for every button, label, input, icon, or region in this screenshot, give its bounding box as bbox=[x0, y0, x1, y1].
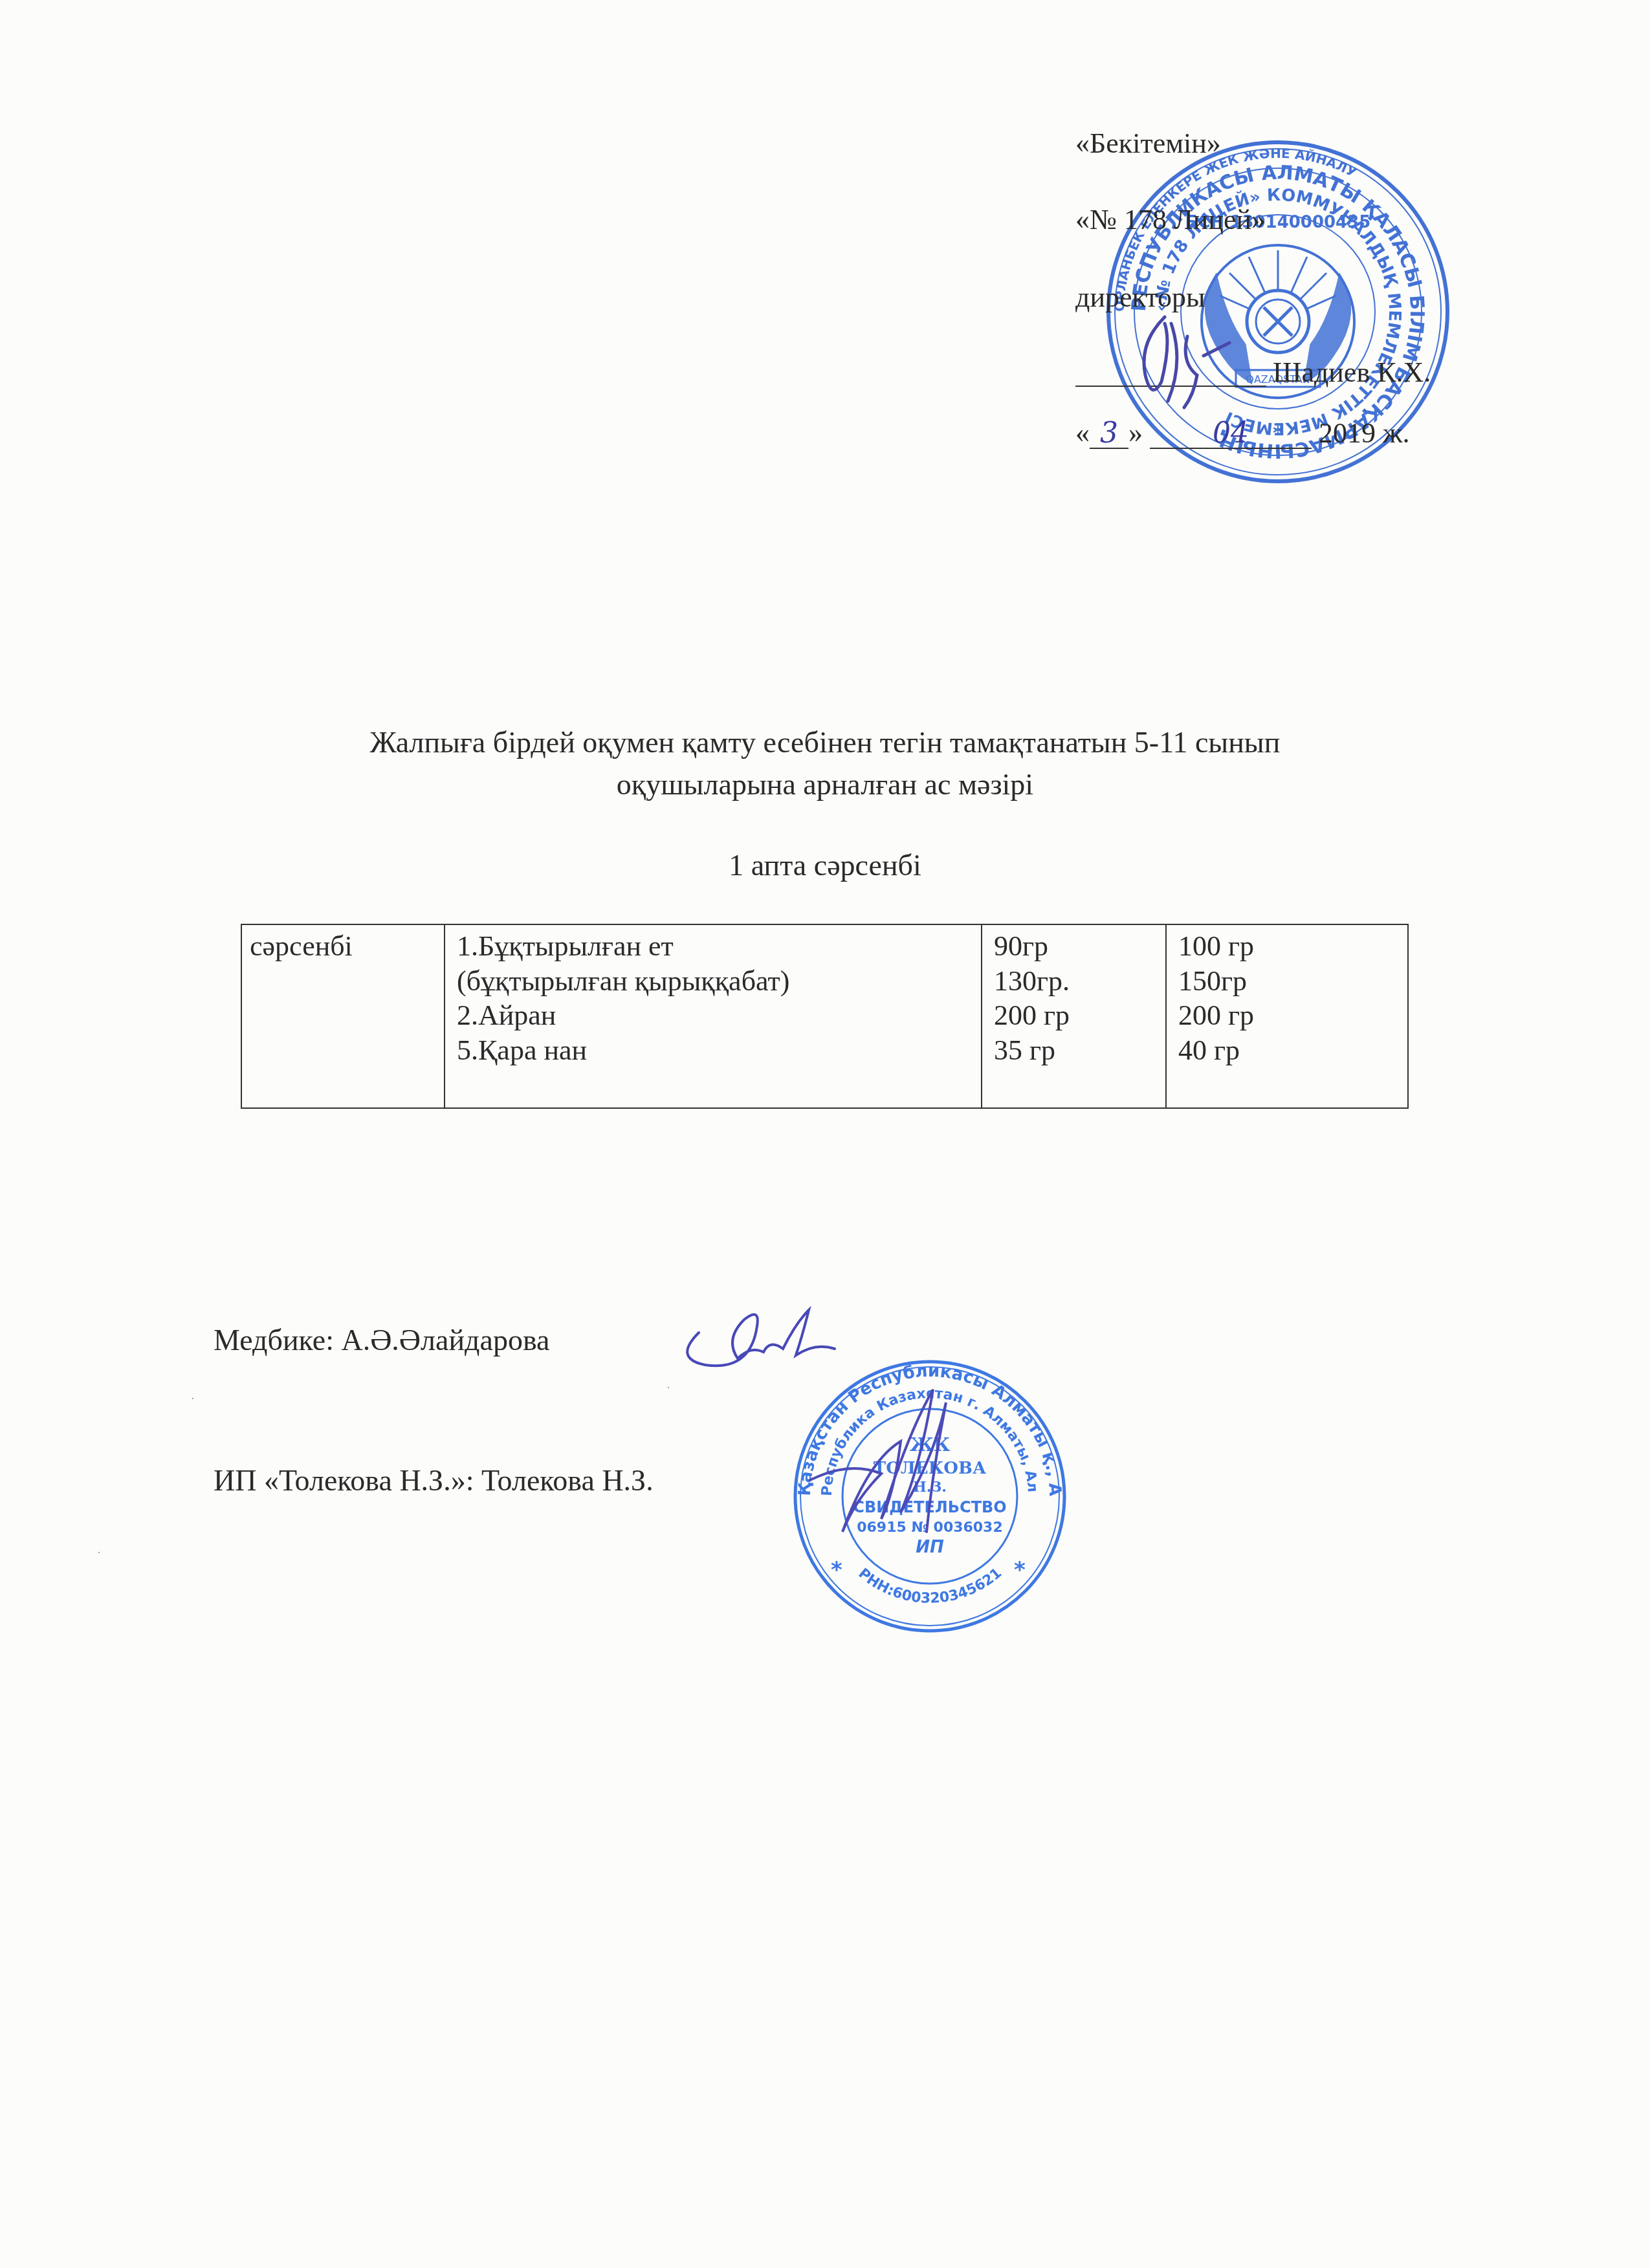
dishes-cell: 1.Бұқтырылған ет (бұқтырылған қырыққабат… bbox=[445, 924, 982, 1108]
svg-text:СВИДЕТЕЛЬСТВО: СВИДЕТЕЛЬСТВО bbox=[853, 1498, 1006, 1516]
document-subtitle: 1 апта сәрсенбі bbox=[0, 851, 1650, 880]
menu-table: сәрсенбі 1.Бұқтырылған ет (бұқтырылған қ… bbox=[241, 924, 1409, 1109]
svg-text:ЖК: ЖК bbox=[910, 1434, 951, 1456]
dish-item: 1.Бұқтырылған ет bbox=[457, 929, 974, 964]
director-name: Шадиев К.Х. bbox=[1273, 356, 1431, 388]
nurse-signature-line: Медбике: А.Ә.Әлайдарова bbox=[214, 1323, 549, 1357]
svg-text:ИП: ИП bbox=[916, 1538, 944, 1557]
director-position: директоры bbox=[1075, 283, 1205, 312]
svg-text:Қазақстан Республикасы Алматы: Қазақстан Республикасы Алматы қ., Алмалы… bbox=[791, 1357, 1064, 1497]
table-row: сәрсенбі 1.Бұқтырылған ет (бұқтырылған қ… bbox=[241, 924, 1408, 1108]
document-title-line2: оқушыларына арналған ас мәзірі bbox=[0, 770, 1650, 800]
svg-text:Республика Казахстан г. Алматы: Республика Казахстан г. Алматы, Алмалинс… bbox=[791, 1357, 1040, 1496]
svg-text:ТОЛЕКОВА: ТОЛЕКОВА bbox=[874, 1459, 986, 1478]
scan-speck: · bbox=[191, 1392, 195, 1406]
day-cell: сәрсенбі bbox=[241, 924, 445, 1108]
svg-text:РНН:600320345621: РНН:600320345621 bbox=[855, 1565, 1006, 1607]
document-title-line1: Жалпыға бірдей оқумен қамту есебінен тег… bbox=[0, 728, 1650, 758]
portion-large-cell: 100 гр 150гр 200 гр 40 гр bbox=[1166, 924, 1408, 1108]
director-signature-line: Шадиев К.Х. bbox=[1075, 358, 1451, 387]
svg-text:*: * bbox=[831, 1557, 842, 1583]
approval-date: «3» 04 2019 ж. bbox=[1075, 419, 1409, 449]
entrepreneur-signature-icon bbox=[810, 1390, 946, 1532]
approve-label: «Бекітемін» bbox=[1075, 129, 1221, 158]
nurse-signature-icon bbox=[673, 1294, 854, 1371]
entrepreneur-signature-line: ИП «Толекова Н.З.»: Толекова Н.З. bbox=[214, 1463, 654, 1498]
ip-stamp: Қазақстан Республикасы Алматы қ., Алмалы… bbox=[791, 1357, 1069, 1635]
dish-item: 2.Айран bbox=[457, 998, 974, 1033]
scan-speck: · bbox=[97, 1546, 101, 1560]
school-name: «№ 178 Лицей» bbox=[1075, 206, 1266, 234]
portion-small-cell: 90гр 130гр. 200 гр 35 гр bbox=[982, 924, 1166, 1108]
date-year: 2019 ж. bbox=[1319, 417, 1409, 449]
dish-item: (бұқтырылған қырыққабат) bbox=[457, 964, 974, 999]
date-day: 3 bbox=[1090, 419, 1128, 449]
document-page: ОРЛАНБЕК ЕЛЕНКЕРЕ ЖЕК ЖӘНЕ АЙНАЛУ РЕСПУБ… bbox=[0, 0, 1650, 2268]
svg-text:Н.З.: Н.З. bbox=[913, 1479, 947, 1496]
dish-item: 5.Қара нан bbox=[457, 1033, 974, 1068]
scan-speck: · bbox=[666, 1381, 670, 1395]
date-month: 04 bbox=[1150, 419, 1312, 449]
svg-text:06915 № 0036032: 06915 № 0036032 bbox=[857, 1520, 1002, 1536]
signature-rule bbox=[1075, 360, 1266, 387]
svg-text:*: * bbox=[1014, 1557, 1026, 1583]
